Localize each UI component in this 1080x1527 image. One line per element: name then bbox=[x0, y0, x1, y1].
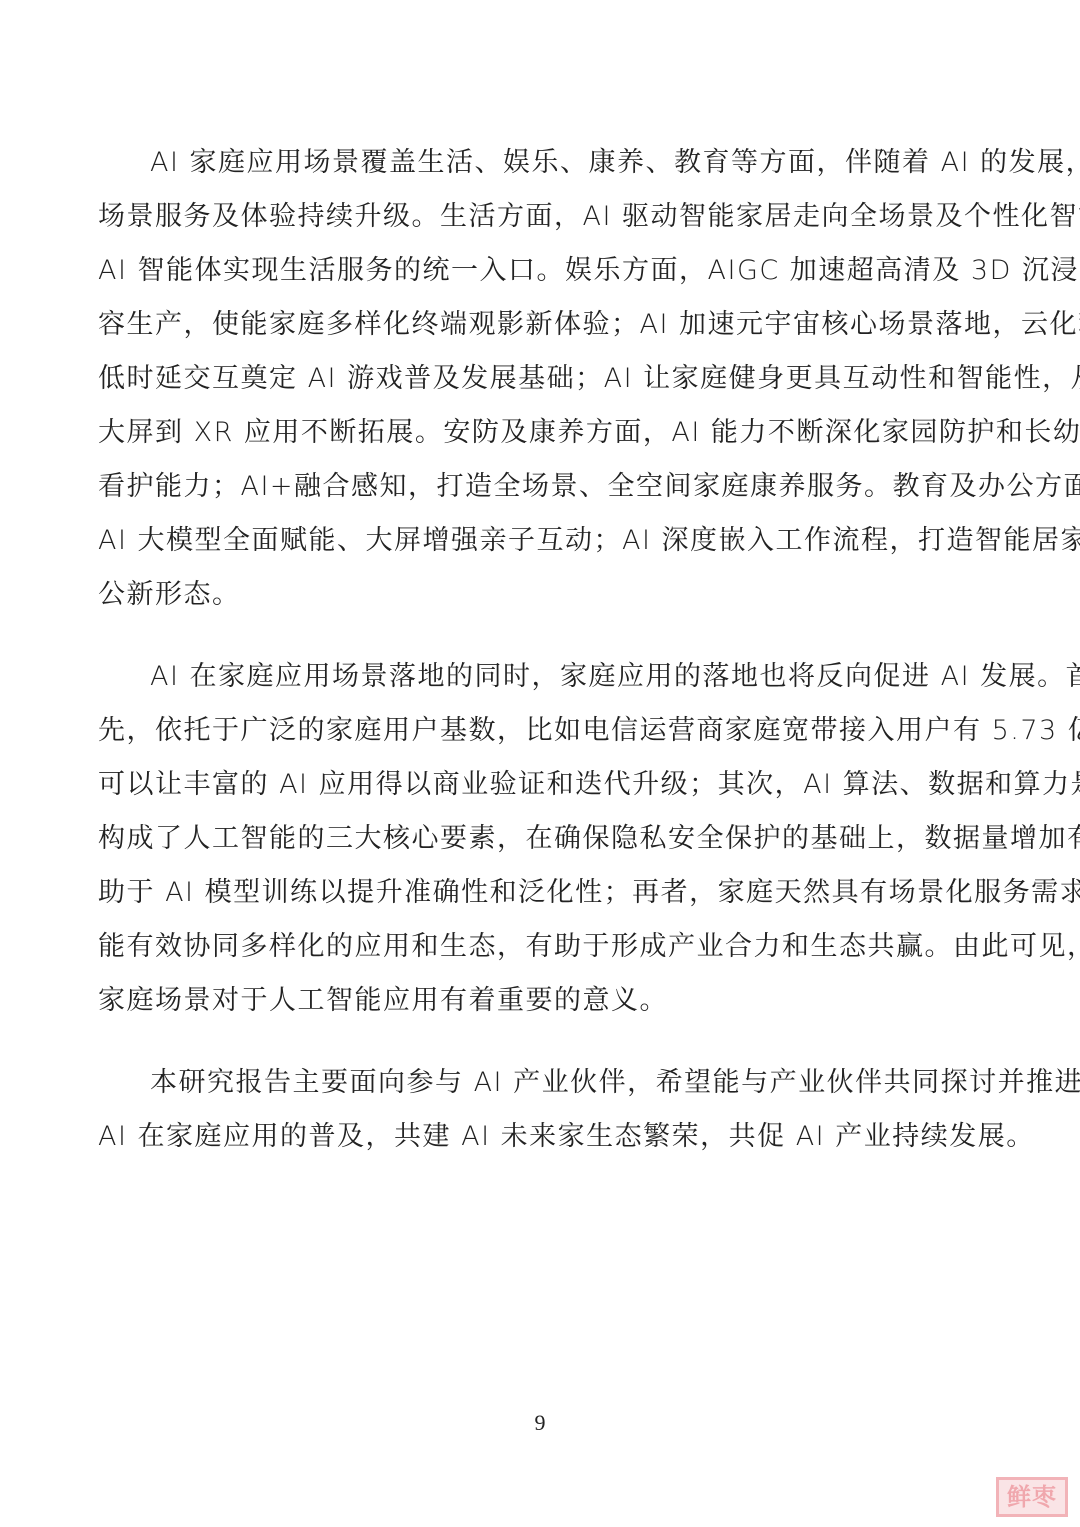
text-line: 能有效协同多样化的应用和生态，有助于形成产业合力和生态共赢。由此可见， bbox=[46, 920, 984, 974]
document-page: AI 家庭应用场景覆盖生活、娱乐、康养、教育等方面，伴随着 AI 的发展， 场景… bbox=[0, 0, 1080, 1527]
text-line: 构成了人工智能的三大核心要素，在确保隐私安全保护的基础上，数据量增加有 bbox=[46, 812, 984, 866]
text-line: 本研究报告主要面向参与 AI 产业伙伴，希望能与产业伙伴共同探讨并推进 bbox=[98, 1056, 984, 1110]
document-body: AI 家庭应用场景覆盖生活、娱乐、康养、教育等方面，伴随着 AI 的发展， 场景… bbox=[98, 136, 984, 1164]
text-line: AI 大模型全面赋能、大屏增强亲子互动；AI 深度嵌入工作流程，打造智能居家办 bbox=[46, 514, 984, 568]
text-line: 可以让丰富的 AI 应用得以商业验证和迭代升级；其次，AI 算法、数据和算力是 bbox=[46, 758, 984, 812]
text-line: 大屏到 XR 应用不断拓展。安防及康养方面，AI 能力不断深化家园防护和长幼宠 bbox=[46, 406, 984, 460]
text-line: 先，依托于广泛的家庭用户基数，比如电信运营商家庭宽带接入用户有 5.73 亿户， bbox=[46, 704, 984, 758]
text-line: AI 在家庭应用的普及，共建 AI 未来家生态繁荣，共促 AI 产业持续发展。 bbox=[46, 1110, 984, 1164]
text-line: 助于 AI 模型训练以提升准确性和泛化性；再者，家庭天然具有场景化服务需求， bbox=[46, 866, 984, 920]
text-line: 场景服务及体验持续升级。生活方面，AI 驱动智能家居走向全场景及个性化智能， bbox=[46, 190, 984, 244]
watermark-seal-icon: 鲜枣 bbox=[996, 1477, 1068, 1517]
text-line: AI 在家庭应用场景落地的同时，家庭应用的落地也将反向促进 AI 发展。首 bbox=[98, 650, 984, 704]
text-line: AI 家庭应用场景覆盖生活、娱乐、康养、教育等方面，伴随着 AI 的发展， bbox=[98, 136, 984, 190]
page-number: 9 bbox=[0, 1410, 1080, 1436]
text-line: AI 智能体实现生活服务的统一入口。娱乐方面，AIGC 加速超高清及 3D 沉浸… bbox=[46, 244, 984, 298]
text-line: 看护能力；AI+融合感知，打造全场景、全空间家庭康养服务。教育及办公方面， bbox=[46, 460, 984, 514]
text-line: 低时延交互奠定 AI 游戏普及发展基础；AI 让家庭健身更具互动性和智能性，从 bbox=[46, 352, 984, 406]
text-line: 家庭场景对于人工智能应用有着重要的意义。 bbox=[46, 974, 984, 1028]
paragraph-ai-home-scenarios: AI 家庭应用场景覆盖生活、娱乐、康养、教育等方面，伴随着 AI 的发展， 场景… bbox=[98, 136, 984, 622]
paragraph-home-promotes-ai: AI 在家庭应用场景落地的同时，家庭应用的落地也将反向促进 AI 发展。首 先，… bbox=[98, 650, 984, 1028]
paragraph-report-purpose: 本研究报告主要面向参与 AI 产业伙伴，希望能与产业伙伴共同探讨并推进 AI 在… bbox=[98, 1056, 984, 1164]
text-line: 容生产，使能家庭多样化终端观影新体验；AI 加速元宇宙核心场景落地，云化和 bbox=[46, 298, 984, 352]
text-line: 公新形态。 bbox=[46, 568, 984, 622]
